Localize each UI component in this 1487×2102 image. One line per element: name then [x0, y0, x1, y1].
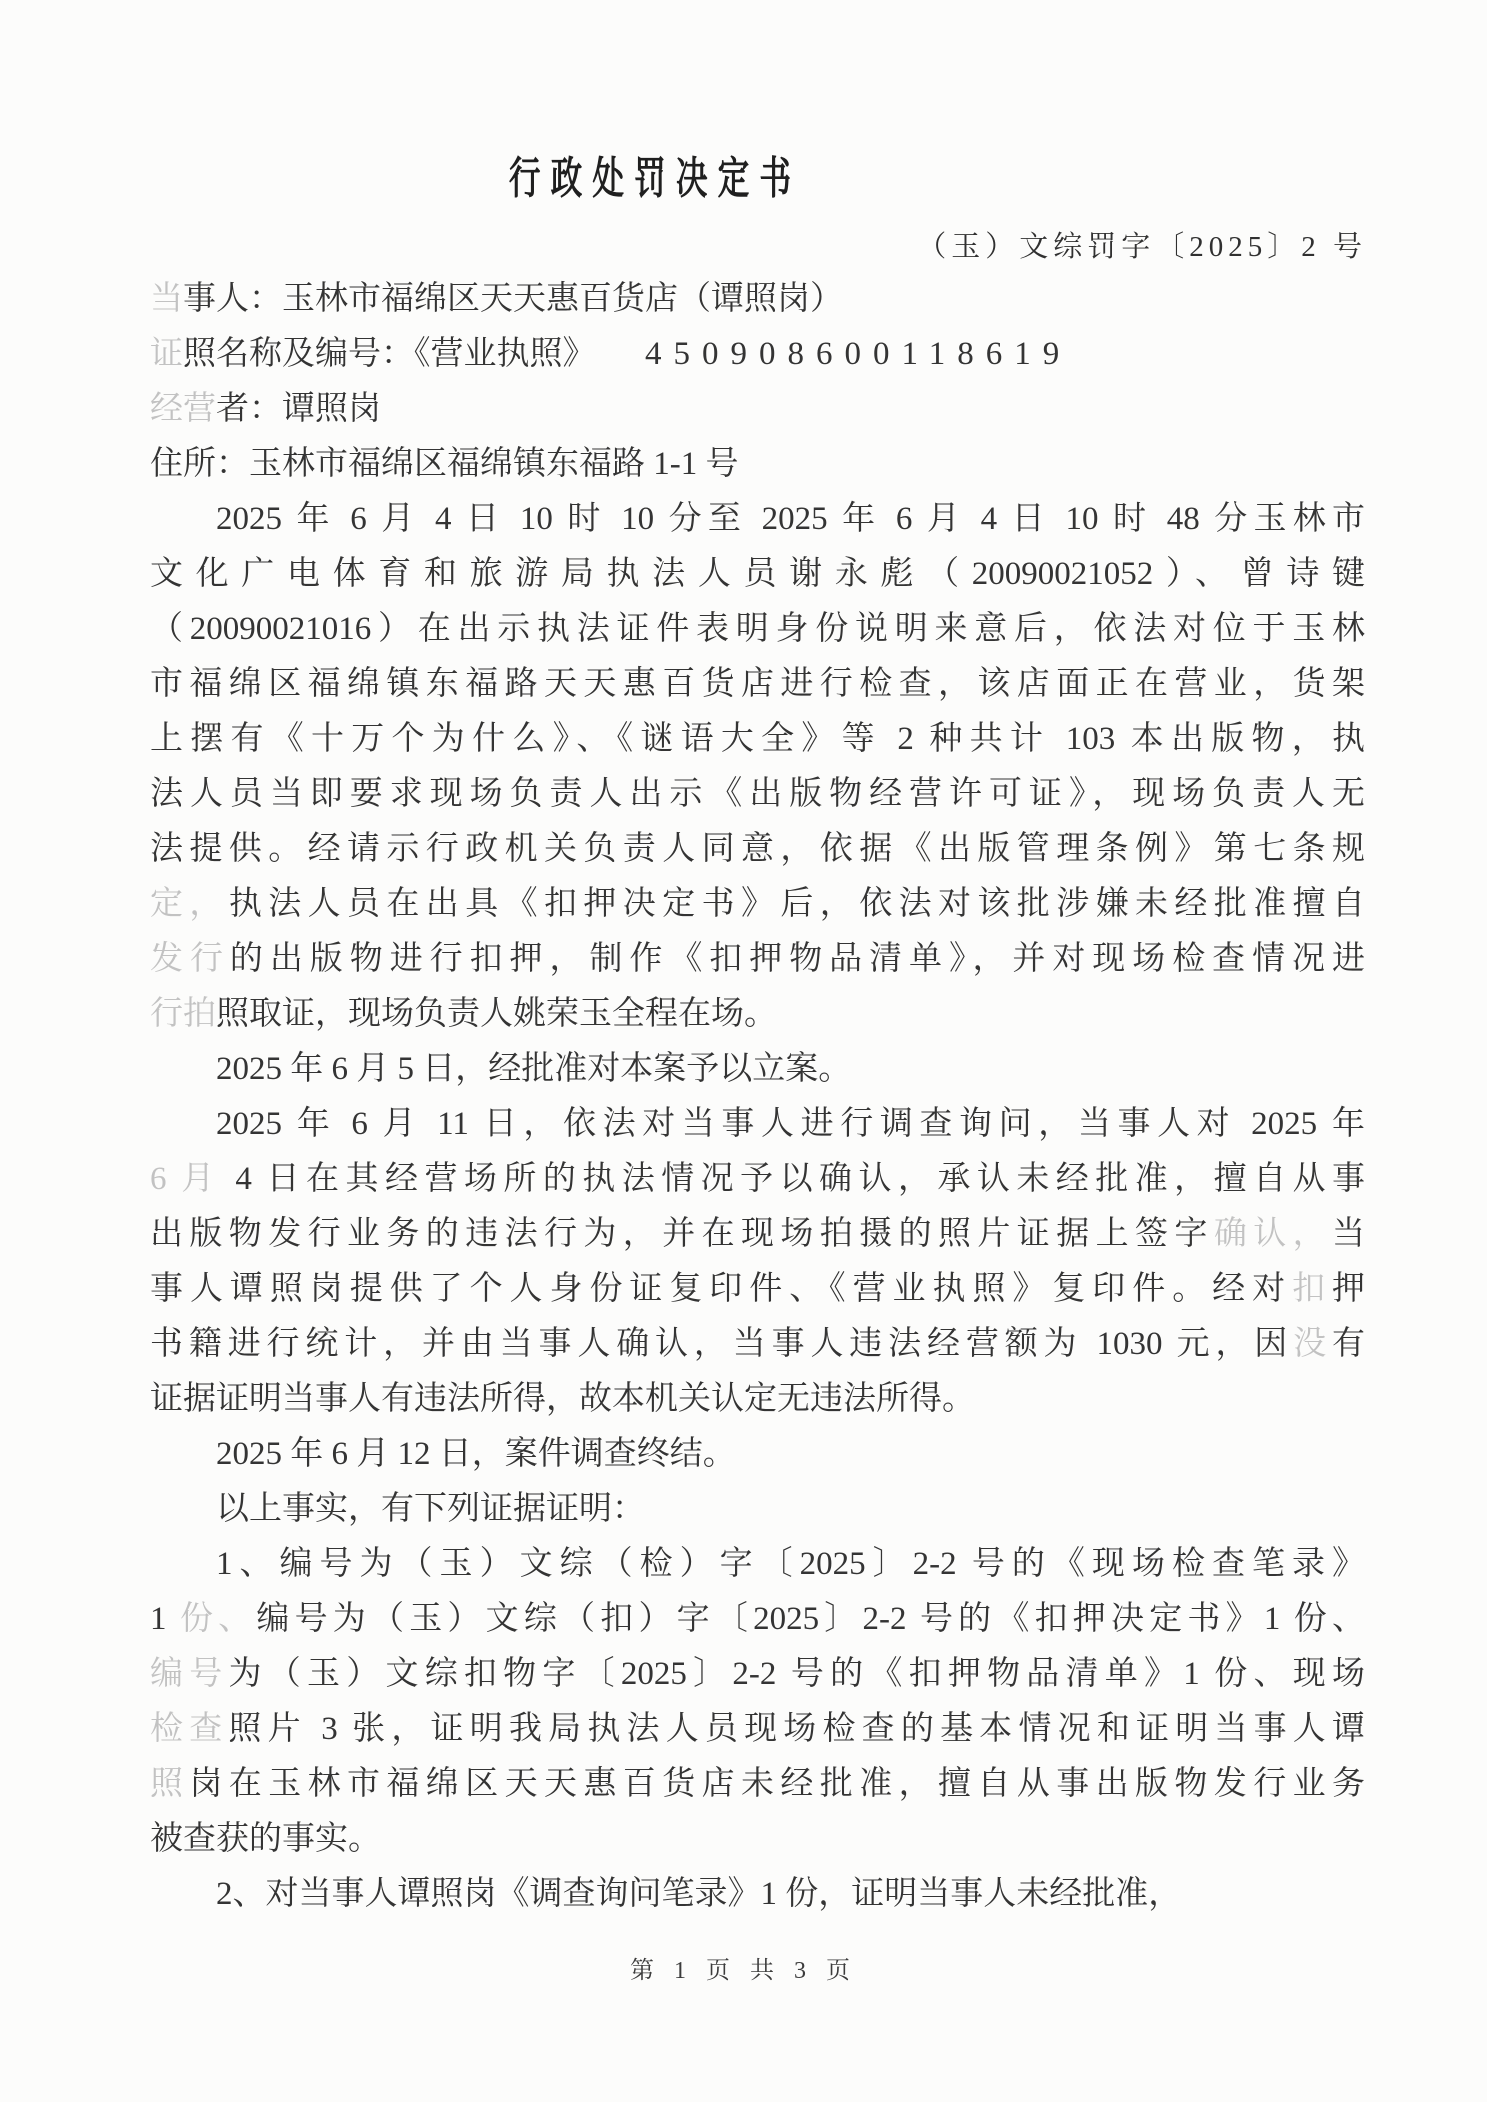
document-line: 定，执法人员在出具《扣押决定书》后，依法对该批涉嫌未经批准擅自 [150, 877, 1365, 932]
document-body: 当事人：玉林市福绵区天天惠百货店（谭照岗）证照名称及编号：《营业执照》 4509… [150, 272, 1365, 1922]
document-line: 2025 年 6 月 11 日，依法对当事人进行调查询问，当事人对 2025 年 [150, 1097, 1365, 1152]
text-segment: 证据证明当事人有违法所得，故本机关认定无违法所得。 [150, 1381, 975, 1417]
document-line: 法提供。经请示行政机关负责人同意，依据《出版管理条例》第七条规 [150, 822, 1365, 877]
document-line: 上摆有《十万个为什么》、《谜语大全》等 2 种共计 103 本出版物，执 [150, 712, 1365, 767]
document-line: 事人谭照岗提供了个人身份证复印件、《营业执照》复印件。经对扣押 [150, 1262, 1365, 1317]
text-segment: 事人谭照岗提供了个人身份证复印件、《营业执照》复印件。经对 [150, 1271, 1292, 1307]
text-segment: 者：谭照岗 [216, 391, 381, 427]
document-line: 住所：玉林市福绵区福绵镇东福路 1-1 号 [150, 437, 1365, 492]
text-segment: 法提供。经请示行政机关负责人同意，依据《出版管理条例》第七条规 [150, 831, 1365, 867]
text-segment: 岗在玉林市福绵区天天惠百货店未经批准，擅自从事出版物发行业务 [189, 1766, 1365, 1802]
document-line: 行拍照取证，现场负责人姚荣玉全程在场。 [150, 987, 1365, 1042]
text-segment: 2025 年 6 月 12 日，案件调查终结。 [216, 1436, 736, 1472]
document-number: （玉）文综罚字〔2025〕2 号 [917, 224, 1367, 265]
document-line: 证照名称及编号：《营业执照》 450908600118619 [150, 327, 1365, 382]
document-line: 编号为（玉）文综扣物字〔2025〕2-2 号的《扣押物品清单》1 份、现场 [150, 1647, 1365, 1702]
text-segment: 上摆有《十万个为什么》、《谜语大全》等 2 种共计 103 本出版物，执 [150, 721, 1365, 757]
document-line: 2、对当事人谭照岗《调查询问笔录》1 份，证明当事人未经批准， [150, 1867, 1365, 1922]
text-segment: 市福绵区福绵镇东福路天天惠百货店进行检查，该店面正在营业，货架 [150, 666, 1365, 702]
document-line: 证据证明当事人有违法所得，故本机关认定无违法所得。 [150, 1372, 1365, 1427]
document-line: 出版物发行业务的违法行为，并在现场拍摄的照片证据上签字确认，当 [150, 1207, 1365, 1262]
text-segment: 证 [150, 336, 183, 372]
document-page: 行政处罚决定书 （玉）文综罚字〔2025〕2 号 当事人：玉林市福绵区天天惠百货… [0, 0, 1487, 2102]
text-segment: 确认， [1214, 1216, 1332, 1252]
document-line: 2025 年 6 月 4 日 10 时 10 分至 2025 年 6 月 4 日… [150, 492, 1365, 547]
document-line: 以上事实，有下列证据证明： [150, 1482, 1365, 1537]
document-line: 当事人：玉林市福绵区天天惠百货店（谭照岗） [150, 272, 1365, 327]
document-line: 6 月 4 日在其经营场所的执法情况予以确认，承认未经批准，擅自从事 [150, 1152, 1365, 1207]
document-line: 经营者：谭照岗 [150, 382, 1365, 437]
document-line: 1 份、编号为（玉）文综（扣）字〔2025〕2-2 号的《扣押决定书》1 份、 [150, 1592, 1365, 1647]
text-segment: 押 [1332, 1271, 1365, 1307]
document-line: 法人员当即要求现场负责人出示《出版物经营许可证》，现场负责人无 [150, 767, 1365, 822]
document-line: 1、编号为（玉）文综（检）字〔2025〕2-2 号的《现场检查笔录》 [150, 1537, 1365, 1592]
text-segment: 出版物发行业务的违法行为，并在现场拍摄的照片证据上签字 [150, 1216, 1214, 1252]
text-segment: 为（玉）文综扣物字〔2025〕2-2 号的《扣押物品清单》1 份、现场 [228, 1656, 1365, 1692]
text-segment: 法人员当即要求现场负责人出示《出版物经营许可证》，现场负责人无 [150, 776, 1365, 812]
text-segment: 2025 年 6 月 11 日，依法对当事人进行调查询问，当事人对 2025 年 [216, 1106, 1365, 1142]
text-segment: 450908600118619 [645, 336, 1071, 372]
text-segment: 照片 3 张，证明我局执法人员现场检查的基本情况和证明当事人谭 [228, 1711, 1365, 1747]
text-segment: 住所：玉林市福绵区福绵镇东福路 1-1 号 [150, 446, 739, 482]
text-segment: 书籍进行统计，并由当事人确认，当事人违法经营额为 1030 元，因 [150, 1326, 1293, 1362]
page-footer: 第 1 页 共 3 页 [0, 1950, 1487, 1985]
document-line: 2025 年 6 月 12 日，案件调查终结。 [150, 1427, 1365, 1482]
text-segment: 2025 年 6 月 5 日，经批准对本案予以立案。 [216, 1051, 851, 1087]
document-line: 照岗在玉林市福绵区天天惠百货店未经批准，擅自从事出版物发行业务 [150, 1757, 1365, 1812]
text-segment: 当 [1332, 1216, 1365, 1252]
text-segment: 文化广电体育和旅游局执法人员谢永彪（20090021052）、曾诗键 [150, 556, 1365, 592]
text-segment: 检查 [150, 1711, 228, 1747]
text-segment: 2、对当事人谭照岗《调查询问笔录》1 份，证明当事人未经批准， [216, 1876, 1181, 1912]
document-line: 2025 年 6 月 5 日，经批准对本案予以立案。 [150, 1042, 1365, 1097]
text-segment: 1 [150, 1601, 180, 1637]
text-segment: 照取证，现场负责人姚荣玉全程在场。 [216, 996, 777, 1032]
document-line: （20090021016）在出示执法证件表明身份说明来意后，依法对位于玉林 [150, 602, 1365, 657]
text-segment: 发行 [150, 941, 230, 977]
text-segment: 编号 [150, 1656, 228, 1692]
text-segment: 经营 [150, 391, 216, 427]
text-segment: 没 [1293, 1326, 1332, 1362]
text-segment: 照名称及编号：《营业执照》 [183, 336, 645, 372]
document-title-text: 行政处罚决定书 [509, 142, 801, 206]
document-line: 发行的出版物进行扣押，制作《扣押物品清单》，并对现场检查情况进 [150, 932, 1365, 987]
text-segment: 1、编号为（玉）文综（检）字〔2025〕2-2 号的《现场检查笔录》 [216, 1546, 1365, 1582]
text-segment: 当 [150, 281, 183, 317]
document-line: 书籍进行统计，并由当事人确认，当事人违法经营额为 1030 元，因没有 [150, 1317, 1365, 1372]
text-segment: 扣 [1292, 1271, 1332, 1307]
text-segment: 2025 年 6 月 4 日 10 时 10 分至 2025 年 6 月 4 日… [216, 501, 1365, 537]
text-segment: 行拍 [150, 996, 216, 1032]
text-segment: 4 日在其经营场所的执法情况予以确认，承认未经批准，擅自从事 [235, 1161, 1365, 1197]
text-segment: 被查获的事实。 [150, 1821, 381, 1857]
text-segment: 以上事实，有下列证据证明： [216, 1491, 645, 1527]
text-segment: 6 月 [150, 1161, 235, 1197]
text-segment: 的出版物进行扣押，制作《扣押物品清单》，并对现场检查情况进 [230, 941, 1365, 977]
document-line: 被查获的事实。 [150, 1812, 1365, 1867]
text-segment: 照 [150, 1766, 189, 1802]
document-title: 行政处罚决定书 [0, 142, 1310, 206]
text-segment: 编号为（玉）文综（扣）字〔2025〕2-2 号的《扣押决定书》1 份、 [256, 1601, 1365, 1637]
text-segment: 事人：玉林市福绵区天天惠百货店（谭照岗） [183, 281, 843, 317]
text-segment: 执法人员在出具《扣押决定书》后，依法对该批涉嫌未经批准擅自 [229, 886, 1365, 922]
text-segment: 有 [1332, 1326, 1365, 1362]
document-line: 检查照片 3 张，证明我局执法人员现场检查的基本情况和证明当事人谭 [150, 1702, 1365, 1757]
document-line: 文化广电体育和旅游局执法人员谢永彪（20090021052）、曾诗键 [150, 547, 1365, 602]
text-segment: 定， [150, 886, 229, 922]
text-segment: 份、 [180, 1601, 256, 1637]
text-segment: （20090021016）在出示执法证件表明身份说明来意后，依法对位于玉林 [150, 611, 1365, 647]
document-line: 市福绵区福绵镇东福路天天惠百货店进行检查，该店面正在营业，货架 [150, 657, 1365, 712]
